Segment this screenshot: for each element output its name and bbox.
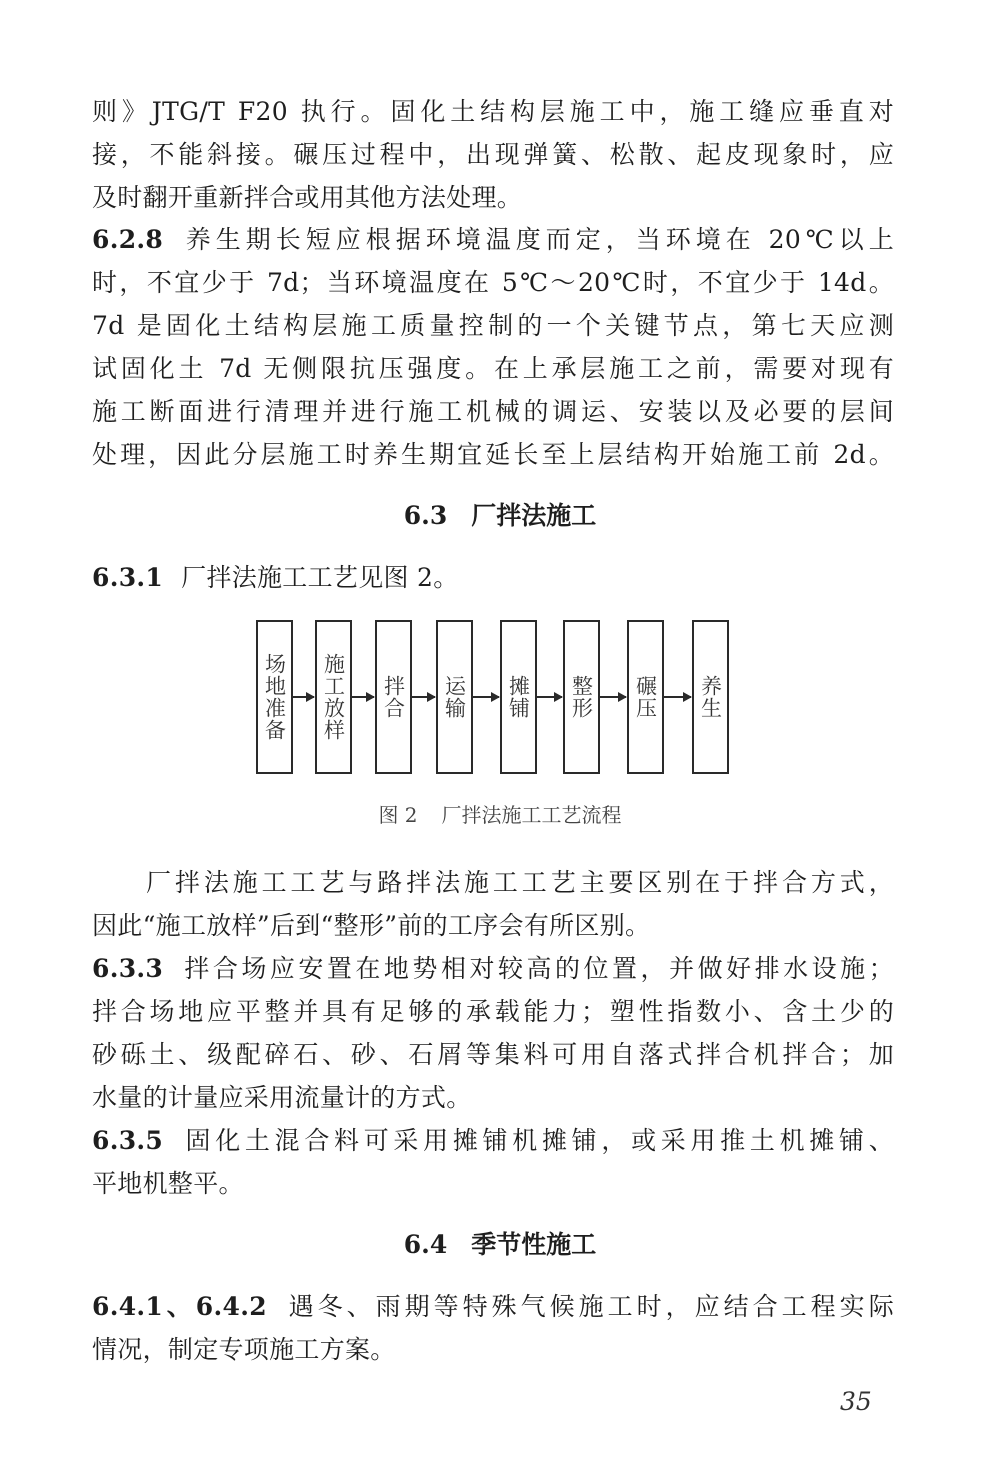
flow-step-rolling: 碾压 — [627, 620, 664, 774]
clause-6-3-5-line: 6.3.5固化土混合料可采用摊铺机摊铺，或采用推土机摊铺、 — [92, 1125, 894, 1157]
text-line: 情况，制定专项施工方案。 — [92, 1334, 894, 1366]
section-number: 6.3 — [404, 501, 448, 530]
arrow-right-icon — [663, 696, 691, 698]
document-page: 则》JTG/T F20 执行。固化土结构层施工中，施工缝应垂直对 接，不能斜接。… — [0, 0, 1000, 1462]
clause-number: 6.3.3 — [92, 954, 163, 983]
text-line: 拌合场地应平整并具有足够的承载能力；塑性指数小、含土少的 — [92, 996, 894, 1028]
clause-6-4-1-line: 6.4.1、6.4.2遇冬、雨期等特殊气候施工时，应结合工程实际 — [92, 1291, 894, 1323]
text-line: 因此“施工放样”后到“整形”前的工序会有所区别。 — [92, 910, 894, 942]
flow-step-label: 场地准备 — [263, 653, 287, 741]
arrow-right-icon — [472, 696, 499, 698]
text-line: 厂拌法施工工艺与路拌法施工工艺主要区别在于拌合方式， — [92, 867, 894, 899]
flow-step-transport: 运输 — [436, 620, 473, 774]
arrow-right-icon — [411, 696, 435, 698]
section-title: 厂拌法施工 — [471, 501, 596, 530]
text-line: 时，不宜少于 7d；当环境温度在 5℃～20℃时，不宜少于 14d。 — [92, 267, 894, 299]
section-title: 季节性施工 — [471, 1230, 596, 1259]
flow-step-paving: 摊铺 — [500, 620, 537, 774]
figure-caption: 图 2厂拌法施工工艺流程 — [0, 801, 1000, 829]
flow-step-layout: 施工放样 — [315, 620, 352, 774]
text-line: 7d 是固化土结构层施工质量控制的一个关键节点，第七天应测 — [92, 310, 894, 342]
clause-text: 遇冬、雨期等特殊气候施工时，应结合工程实际 — [285, 1292, 894, 1321]
flow-step-mixing: 拌合 — [375, 620, 412, 774]
clause-6-3-3-line: 6.3.3拌合场应安置在地势相对较高的位置，并做好排水设施； — [92, 953, 894, 985]
text-line: 平地机整平。 — [92, 1168, 894, 1200]
section-heading-6-3: 6.3厂拌法施工 — [0, 500, 1000, 532]
text-line: 施工断面进行清理并进行施工机械的调运、安装以及必要的层间 — [92, 396, 894, 428]
clause-number: 6.3.1 — [92, 563, 163, 592]
flow-step-label: 运输 — [443, 675, 467, 719]
flow-step-label: 整形 — [570, 675, 594, 719]
arrow-right-icon — [599, 696, 626, 698]
text-line: 试固化土 7d 无侧限抗压强度。在上承层施工之前，需要对现有 — [92, 353, 894, 385]
flow-step-shaping: 整形 — [563, 620, 600, 774]
text-line: 接，不能斜接。碾压过程中，出现弹簧、松散、起皮现象时，应 — [92, 139, 894, 171]
arrow-right-icon — [536, 696, 562, 698]
figure-title: 厂拌法施工工艺流程 — [442, 803, 622, 827]
text-line: 处理，因此分层施工时养生期宜延长至上层结构开始施工前 2d。 — [92, 439, 894, 471]
clause-text: 养生期长短应根据环境温度而定，当环境在 20℃以上 — [181, 225, 894, 254]
arrow-right-icon — [351, 696, 374, 698]
flow-step-site-prep: 场地准备 — [256, 620, 293, 774]
clause-6-2-8-line: 6.2.8养生期长短应根据环境温度而定，当环境在 20℃以上 — [92, 224, 894, 256]
section-heading-6-4: 6.4季节性施工 — [0, 1229, 1000, 1261]
flow-step-label: 碾压 — [634, 675, 658, 719]
arrow-right-icon — [292, 696, 314, 698]
clause-number: 6.2.8 — [92, 225, 163, 254]
text-line: 水量的计量应采用流量计的方式。 — [92, 1082, 894, 1114]
flow-step-curing: 养生 — [692, 620, 729, 774]
figure-number: 图 2 — [378, 803, 417, 827]
text-line: 砂砾土、级配碎石、砂、石屑等集料可用自落式拌合机拌合；加 — [92, 1039, 894, 1071]
text-line: 及时翻开重新拌合或用其他方法处理。 — [92, 182, 894, 214]
clause-number: 6.4.1、6.4.2 — [92, 1292, 267, 1321]
flow-step-label: 养生 — [699, 675, 723, 719]
clause-text: 拌合场应安置在地势相对较高的位置，并做好排水设施； — [181, 954, 894, 983]
page-number: 35 — [840, 1387, 872, 1416]
flow-step-label: 施工放样 — [322, 653, 346, 741]
section-number: 6.4 — [404, 1230, 448, 1259]
clause-text: 厂拌法施工工艺见图 2。 — [181, 563, 458, 592]
clause-text: 固化土混合料可采用摊铺机摊铺，或采用推土机摊铺、 — [181, 1126, 894, 1155]
text-line: 则》JTG/T F20 执行。固化土结构层施工中，施工缝应垂直对 — [92, 96, 894, 128]
clause-number: 6.3.5 — [92, 1126, 163, 1155]
flow-step-label: 摊铺 — [507, 675, 531, 719]
flow-step-label: 拌合 — [382, 675, 406, 719]
clause-6-3-1-line: 6.3.1厂拌法施工工艺见图 2。 — [92, 562, 894, 594]
